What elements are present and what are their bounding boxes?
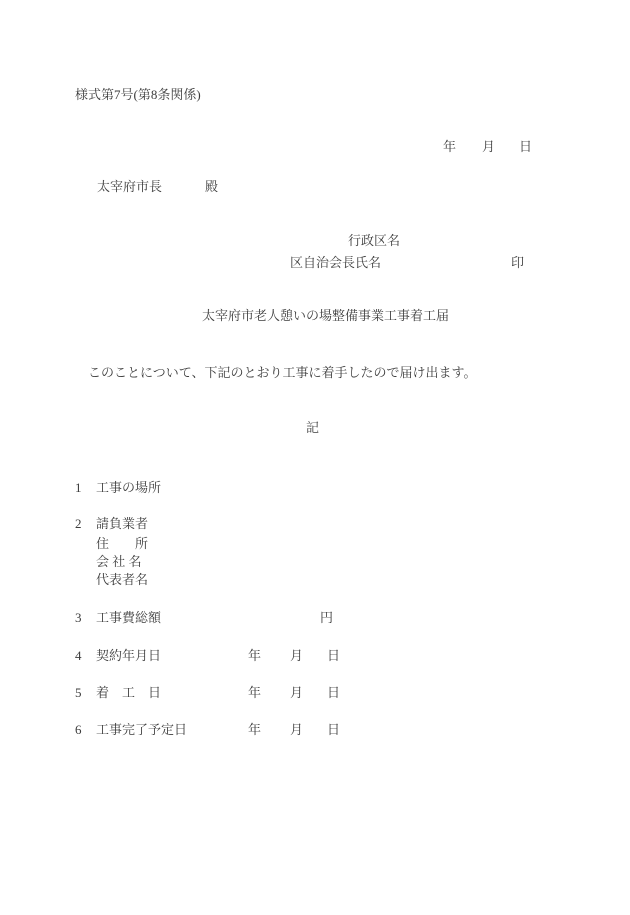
item-sub-label-representative: 代表者名 [96, 573, 148, 586]
item-month-label: 月 [290, 686, 303, 699]
item-month-label: 月 [290, 649, 303, 662]
date-day-label: 日 [519, 140, 532, 153]
item-year-label: 年 [248, 649, 261, 662]
item-label: 工事完了予定日 [96, 723, 187, 736]
item-label: 工事費総額 [96, 611, 161, 624]
item-number: 6 [75, 723, 82, 736]
form-number: 様式第7号(第8条関係) [75, 88, 201, 101]
item-number: 4 [75, 649, 82, 662]
item-number: 5 [75, 686, 82, 699]
item-day-label: 日 [327, 686, 340, 699]
item-label: 請負業者 [96, 517, 148, 530]
item-number: 1 [75, 481, 82, 494]
date-year-label: 年 [443, 140, 456, 153]
item-day-label: 日 [327, 649, 340, 662]
section-marker: 記 [306, 421, 319, 434]
form-page: 様式第7号(第8条関係) 年 月 日 太宰府市長 殿 行政区名 区自治会長氏名 … [0, 0, 630, 915]
item-day-label: 日 [327, 723, 340, 736]
item-label: 着 工 日 [96, 686, 161, 699]
item-sub-label-address: 住 所 [96, 537, 148, 550]
seal-mark: 印 [511, 256, 524, 269]
item-number: 3 [75, 611, 82, 624]
addressee-title: 太宰府市長 [97, 180, 162, 193]
addressee-honorific: 殿 [205, 180, 218, 193]
body-text: このことについて、下記のとおり工事に着手したので届け出ます。 [88, 366, 476, 379]
item-year-label: 年 [248, 723, 261, 736]
item-month-label: 月 [290, 723, 303, 736]
item-sub-label-company: 会 社 名 [96, 555, 142, 568]
chairman-name-label: 区自治会長氏名 [290, 256, 381, 269]
date-month-label: 月 [482, 140, 495, 153]
document-title: 太宰府市老人憩いの場整備事業工事着工届 [202, 309, 449, 322]
district-name-label: 行政区名 [348, 234, 400, 247]
item-label: 契約年月日 [96, 649, 161, 662]
item-year-label: 年 [248, 686, 261, 699]
item-unit-yen: 円 [320, 611, 333, 624]
item-number: 2 [75, 517, 82, 530]
item-label: 工事の場所 [96, 481, 161, 494]
